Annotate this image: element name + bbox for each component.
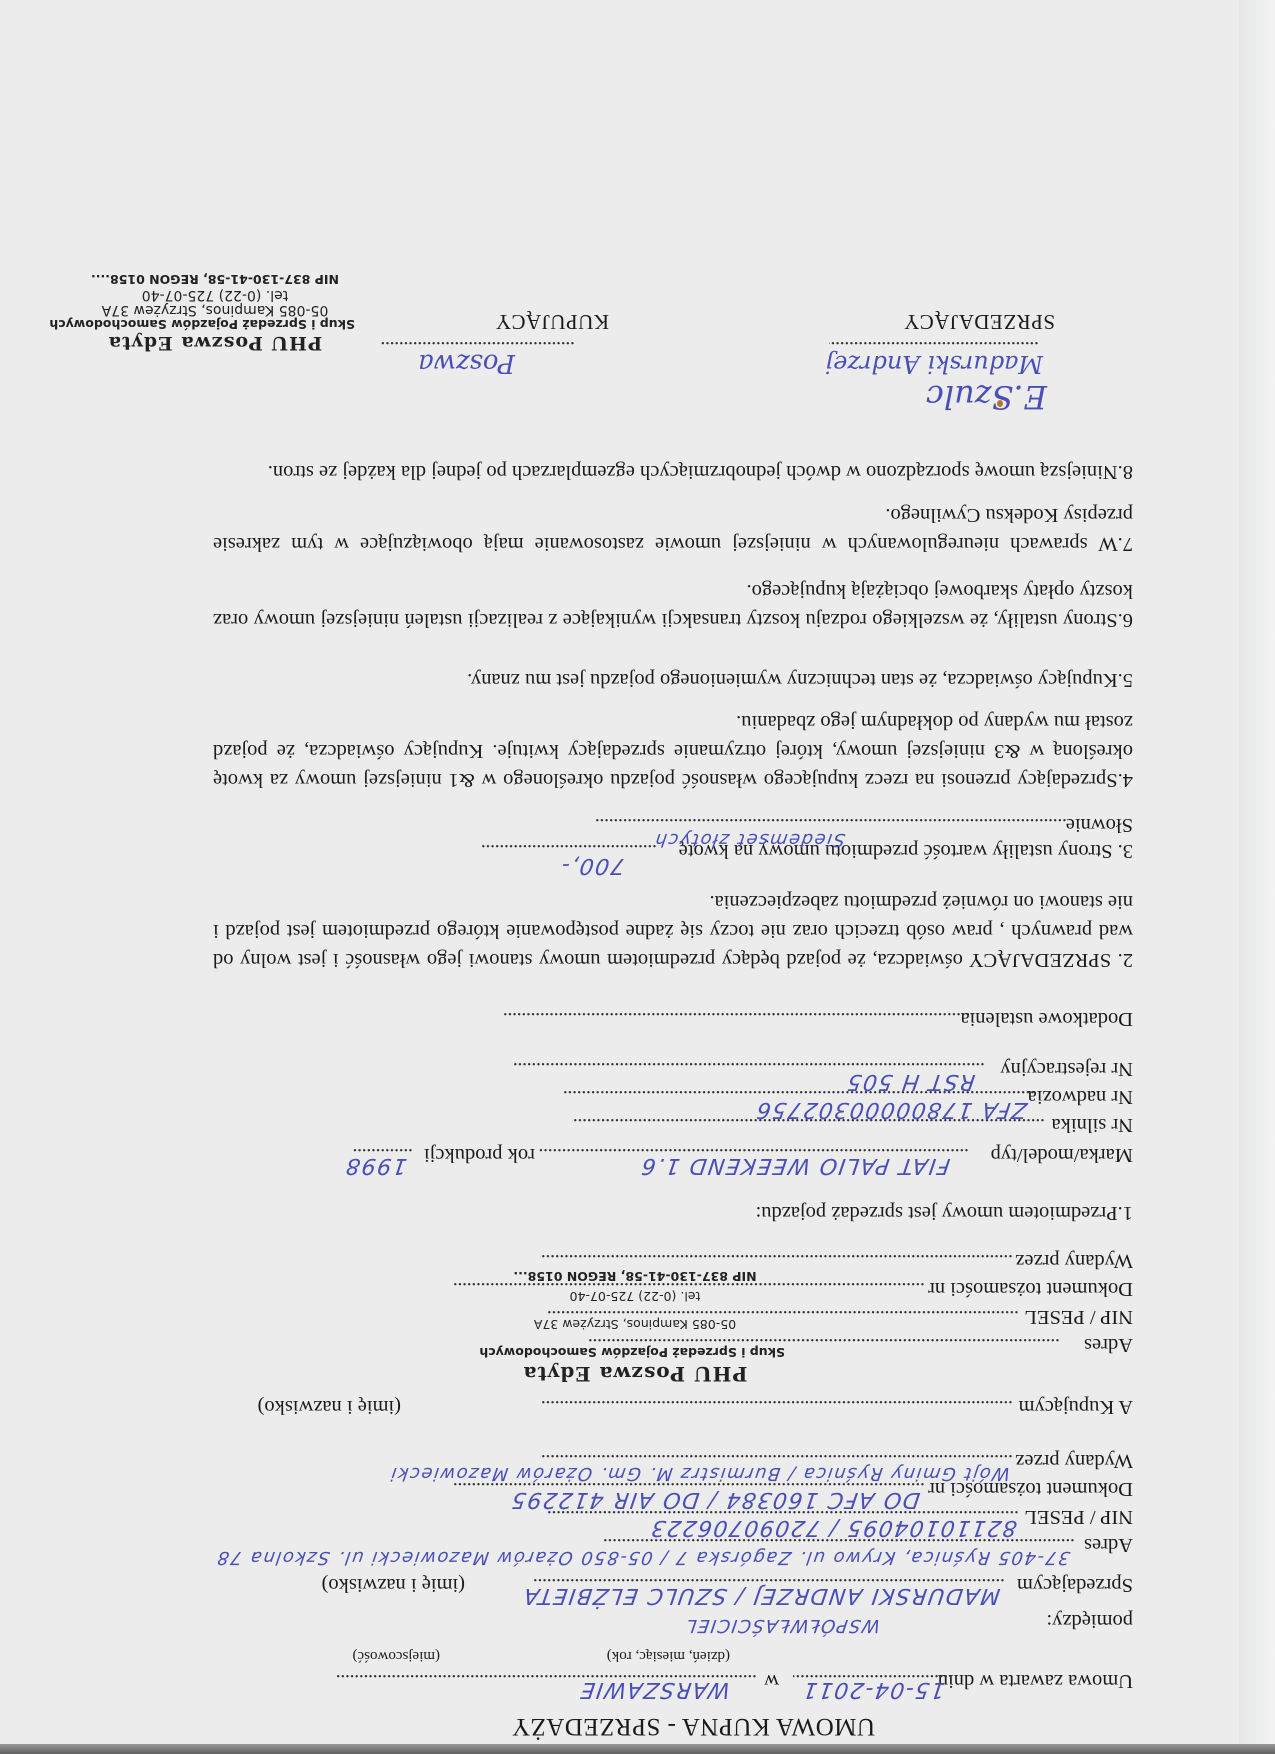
buyer-label: A Kupującym	[1019, 1395, 1133, 1418]
seller-name-value: MADURSKI ANDRZEJ / SZULC ELŻBIETA	[521, 1583, 1002, 1608]
contract-document: UMOWA KUPNA - SPRZEDAŻY Umowa zawarta w …	[0, 0, 1275, 1754]
buyer-stamp-line4-box: NIP 837-130-41-58, REGON 0158...	[485, 1269, 785, 1284]
vehicle-year-label: rok produkcji	[424, 1143, 535, 1166]
stamp-line4: NIP 837-130-41-58, REGON 0158...	[485, 1269, 785, 1284]
buyer-signature-label: KUPUJĄCY	[495, 309, 609, 334]
seller-address-value: 37-405 Ryśnica, Krywo ul. Zagórska 7 / 0…	[215, 1547, 1072, 1568]
buyer-stamp-line1-box: Skup i Sprzedaż Pojazdów Samochodowych	[485, 1345, 785, 1360]
clause-2: 2. SPRZEDAJĄCY oświadcza, że pojazd będą…	[213, 887, 1133, 974]
clause-8: 8.Niniejszą umowę sporządzono w dwóch je…	[213, 457, 1133, 486]
seller-address-label: Adres	[1084, 1533, 1133, 1556]
clause-7: 7.W sprawach nieuregulowanych w niniejsz…	[213, 500, 1133, 558]
stamp-line2: 05-085 Kampinos, Strzyżew 37A	[485, 1317, 785, 1332]
vehicle-section-heading: 1.Przedmiotem umowy jest sprzedaż pojazd…	[756, 1201, 1133, 1224]
buyer-signature: Poszwa	[418, 348, 515, 378]
place-connector: w	[764, 1669, 779, 1692]
clause-4: 4.Sprzedający przenosi na rzecz kupujące…	[213, 707, 1133, 794]
vehicle-registration-value: RST H 505	[845, 1069, 977, 1094]
place-value: WARSZAWIE	[578, 1677, 732, 1702]
place-hint: (miejscowość)	[353, 1647, 440, 1664]
additional-terms-label: Dodatkowe ustalenia	[961, 1007, 1134, 1030]
seller-name-hint: (imię i nazwisko)	[322, 1573, 465, 1596]
seller-id-doc-value: DO AFC 160384 / DO AIR 412295	[509, 1487, 922, 1512]
seller-issued-by-label: Wydany przez	[1015, 1449, 1133, 1472]
stamp-line1: Skup i Sprzedaż Pojazdów Samochodowych	[485, 1345, 785, 1360]
clause-6: 6.Strony ustaliły, że wszelkiego rodzaju…	[213, 576, 1133, 634]
vehicle-year-value: 1998	[343, 1153, 409, 1178]
document-title: UMOWA KUPNA - SPRZEDAŻY	[511, 1712, 875, 1740]
buyer-stamp-line2-box: 05-085 Kampinos, Strzyżew 37A	[485, 1317, 785, 1332]
additional-terms-dots: ........................................…	[180, 1007, 975, 1030]
seller-nip-value: 82110104095 / 72090706223	[648, 1515, 1018, 1540]
seller-signature-label: SPRZEDAJĄCY	[904, 309, 1055, 334]
seller-issued-by-value: Wójt Gminy Ryśnica / Burmistrz M. Gm. Oż…	[389, 1463, 1012, 1484]
footer-stamp-title: PHU Poszwa Edyta	[75, 332, 355, 354]
vehicle-engine-label: Nr silnika	[1052, 1113, 1133, 1136]
seller-signature-1: Madurski Andrzej	[826, 350, 1043, 378]
seller-signature-2: E.Szulc	[926, 378, 1047, 416]
buyer-nip-label: NIP / PESEL	[1024, 1305, 1133, 1328]
stamp-title: PHU Poszwa Edyta	[485, 1362, 785, 1386]
between-label: pomiędzy:	[1046, 1609, 1133, 1632]
stamp-line3: tel. (0-22) 725-07-40	[485, 1289, 785, 1304]
vehicle-body-label: Nr nadwozia	[1028, 1085, 1133, 1108]
footer-stamp-line3: tel. (0-22) 725-07-40	[75, 287, 355, 302]
contract-date-label: Umowa zawarta w dniu	[938, 1669, 1133, 1692]
vehicle-make-value: FIAT PALIO WEEKEND 1.6	[639, 1153, 952, 1178]
clause-3-words-dots: ........................................…	[177, 813, 1067, 836]
vehicle-body-value: ZFA 17800000302756	[754, 1097, 1029, 1122]
date-hint: (dzień, miesiąc, rok)	[607, 1647, 730, 1664]
footer-stamp-line2: 05-085 Kampinos, Strzyżew 37A	[75, 302, 355, 317]
buyer-address-label: Adres	[1084, 1333, 1133, 1356]
footer-stamp-line4: NIP 837-130-41-58, REGON 0158....	[75, 272, 355, 287]
clause-3-amount: 700,-	[559, 853, 627, 878]
clause-3-words-value: Siedemset złotych	[653, 829, 847, 850]
clause-5: 5.Kupujący oświadcza, że stan techniczny…	[213, 665, 1133, 694]
ownership-note: WSPÓŁWŁAŚCICIEL	[684, 1615, 882, 1636]
clause-3-words-label: Słownie	[1066, 813, 1133, 836]
buyer-issued-by-label: Wydany przez	[1015, 1249, 1133, 1272]
buyer-name-dots: ........................................…	[403, 1395, 1013, 1418]
buyer-name-hint: (imię i nazwisko)	[258, 1395, 401, 1418]
buyer-id-doc-label: Dokument tożsamości nr	[928, 1277, 1133, 1300]
footer-company-stamp: PHU Poszwa Edyta Skup i Sprzedaż Pojazdó…	[75, 272, 355, 354]
contract-date-value: 15-04-2011	[800, 1677, 946, 1702]
vehicle-registration-label: Nr rejestracyjny	[1000, 1057, 1133, 1080]
buyer-company-stamp: PHU Poszwa Edyta	[485, 1362, 785, 1386]
seller-label: Sprzedającym	[1017, 1573, 1133, 1596]
scanned-page: UMOWA KUPNA - SPRZEDAŻY Umowa zawarta w …	[0, 0, 1275, 1754]
vehicle-make-label: Marka/model/typ	[991, 1143, 1133, 1166]
buyer-stamp-line3-box: tel. (0-22) 725-07-40	[485, 1289, 785, 1304]
footer-stamp-line1: Skup i Sprzedaż Pojazdów Samochodowych	[75, 317, 355, 332]
seller-nip-label: NIP / PESEL	[1024, 1505, 1133, 1528]
